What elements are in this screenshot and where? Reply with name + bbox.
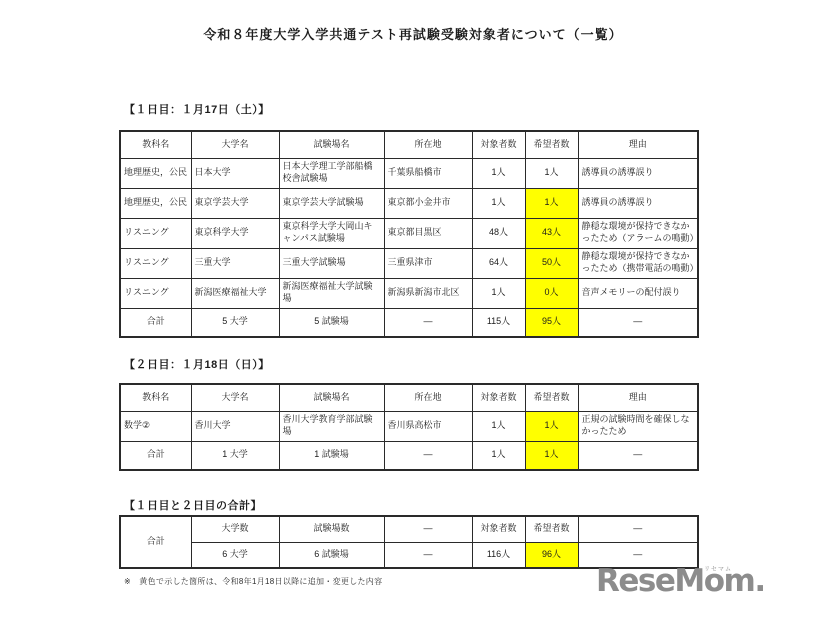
cell-target-count: 115人 [472,308,525,337]
cell-target-count: 1人 [472,411,525,441]
day1-header-row: 教科名 大学名 試験場名 所在地 対象者数 希望者数 理由 [120,131,698,158]
header-location: 所在地 [384,384,472,411]
cell-target-count: 116人 [472,542,525,568]
cell-subject: リスニング [120,278,191,308]
cell-hope-count: 96人 [525,542,578,568]
cell-total-label: 合計 [120,441,191,470]
cell-venue: 新潟医療福祉大学試験場 [279,278,384,308]
cell-venue-count: 6 試験場 [279,542,384,568]
header-university: 大学名 [191,131,279,158]
cell-university-count: 6 大学 [191,542,279,568]
cell-reason: 誘導員の誘導誤り [578,158,698,188]
table-row: 数学② 香川大学 香川大学教育学部試験場 香川県高松市 1人 1人 正規の試験時… [120,411,698,441]
total-row: 合計 1 大学 1 試験場 ― 1人 1人 ― [120,441,698,470]
cell-hope-count: 43人 [525,218,578,248]
header-reason: ― [578,516,698,542]
header-reason: 理由 [578,384,698,411]
header-reason: 理由 [578,131,698,158]
cell-subject: 地理歴史，公民 [120,188,191,218]
day2-header-row: 教科名 大学名 試験場名 所在地 対象者数 希望者数 理由 [120,384,698,411]
resemom-logo: リセマム ReseMom. [596,563,776,613]
table-row: 地理歴史，公民 日本大学 日本大学理工学部船橋校舎試験場 千葉県船橋市 1人 1… [120,158,698,188]
cell-subject: 数学② [120,411,191,441]
cell-hope-count: 1人 [525,158,578,188]
header-hope-count: 希望者数 [525,516,578,542]
cell-reason: ― [578,441,698,470]
header-university: 大学名 [191,384,279,411]
cell-reason: 静穏な環境が保持できなかったため（携帯電話の鳴動） [578,248,698,278]
cell-target-count: 64人 [472,248,525,278]
day2-table: 教科名 大学名 試験場名 所在地 対象者数 希望者数 理由 数学② 香川大学 香… [119,383,699,471]
cell-venue: 香川大学教育学部試験場 [279,411,384,441]
cell-target-count: 1人 [472,188,525,218]
cell-venue: 東京科学大学大岡山キャンパス試験場 [279,218,384,248]
header-location: 所在地 [384,131,472,158]
cell-location: ― [384,542,472,568]
cell-hope-count: 0人 [525,278,578,308]
header-hope-count: 希望者数 [525,131,578,158]
header-subject: 教科名 [120,131,191,158]
cell-reason: 誘導員の誘導誤り [578,188,698,218]
header-target-count: 対象者数 [472,516,525,542]
cell-hope-count: 95人 [525,308,578,337]
cell-target-count: 1人 [472,278,525,308]
header-location: ― [384,516,472,542]
cell-university: 東京科学大学 [191,218,279,248]
header-hope-count: 希望者数 [525,384,578,411]
cell-subject: リスニング [120,218,191,248]
cell-hope-count: 1人 [525,188,578,218]
cell-university: 新潟医療福祉大学 [191,278,279,308]
section3-heading: 【１日目と２日目の合計】 [124,497,262,513]
cell-location: ― [384,308,472,337]
cell-hope-count: 1人 [525,441,578,470]
cell-venue: 東京学芸大学試験場 [279,188,384,218]
day1-table: 教科名 大学名 試験場名 所在地 対象者数 希望者数 理由 地理歴史，公民 日本… [119,130,699,338]
cell-total-label: 合計 [120,516,191,568]
logo-text: ReseMom. [596,563,765,599]
cell-university: 三重大学 [191,248,279,278]
table-row: 地理歴史，公民 東京学芸大学 東京学芸大学試験場 東京都小金井市 1人 1人 誘… [120,188,698,218]
table-row: リスニング 三重大学 三重大学試験場 三重県津市 64人 50人 静穏な環境が保… [120,248,698,278]
table-row: リスニング 新潟医療福祉大学 新潟医療福祉大学試験場 新潟県新潟市北区 1人 0… [120,278,698,308]
cell-reason: 静穏な環境が保持できなかったため（アラームの鳴動） [578,218,698,248]
cell-university: 香川大学 [191,411,279,441]
cell-university: 日本大学 [191,158,279,188]
cell-location: 香川県高松市 [384,411,472,441]
cell-location: 千葉県船橋市 [384,158,472,188]
section2-heading: 【２日目：１月18日（日）】 [124,356,270,372]
cell-subject: リスニング [120,248,191,278]
grand-total-header-row: 合計 大学数 試験場数 ― 対象者数 希望者数 ― [120,516,698,542]
header-target-count: 対象者数 [472,131,525,158]
header-venue-count: 試験場数 [279,516,384,542]
header-university-count: 大学数 [191,516,279,542]
cell-university-count: 1 大学 [191,441,279,470]
cell-venue: 日本大学理工学部船橋校舎試験場 [279,158,384,188]
table-row: リスニング 東京科学大学 東京科学大学大岡山キャンパス試験場 東京都目黒区 48… [120,218,698,248]
cell-total-label: 合計 [120,308,191,337]
cell-venue-count: 1 試験場 [279,441,384,470]
grand-total-table: 合計 大学数 試験場数 ― 対象者数 希望者数 ― 6 大学 6 試験場 ― 1… [119,515,699,569]
header-venue: 試験場名 [279,131,384,158]
section1-heading: 【１日目：１月17日（土）】 [124,101,270,117]
cell-reason: 音声メモリーの配付誤り [578,278,698,308]
cell-location: ― [384,441,472,470]
cell-venue: 三重大学試験場 [279,248,384,278]
cell-target-count: 48人 [472,218,525,248]
cell-reason: 正規の試験時間を確保しなかったため [578,411,698,441]
cell-hope-count: 50人 [525,248,578,278]
cell-venue-count: 5 試験場 [279,308,384,337]
total-row: 合計 5 大学 5 試験場 ― 115人 95人 ― [120,308,698,337]
page-title: 令和８年度大学入学共通テスト再試験受験対象者について（一覧） [0,24,826,43]
cell-location: 三重県津市 [384,248,472,278]
cell-target-count: 1人 [472,158,525,188]
logo-ruby: リセマム [704,564,732,573]
cell-university: 東京学芸大学 [191,188,279,218]
cell-hope-count: 1人 [525,411,578,441]
cell-target-count: 1人 [472,441,525,470]
cell-reason: ― [578,308,698,337]
cell-location: 東京都目黒区 [384,218,472,248]
highlight-footnote: ※ 黄色で示した箇所は、令和8年1月18日以降に追加・変更した内容 [124,576,382,587]
document-page: 令和８年度大学入学共通テスト再試験受験対象者について（一覧） 【１日目：１月17… [0,0,826,620]
header-subject: 教科名 [120,384,191,411]
header-venue: 試験場名 [279,384,384,411]
cell-university-count: 5 大学 [191,308,279,337]
header-target-count: 対象者数 [472,384,525,411]
cell-subject: 地理歴史，公民 [120,158,191,188]
cell-location: 東京都小金井市 [384,188,472,218]
cell-location: 新潟県新潟市北区 [384,278,472,308]
